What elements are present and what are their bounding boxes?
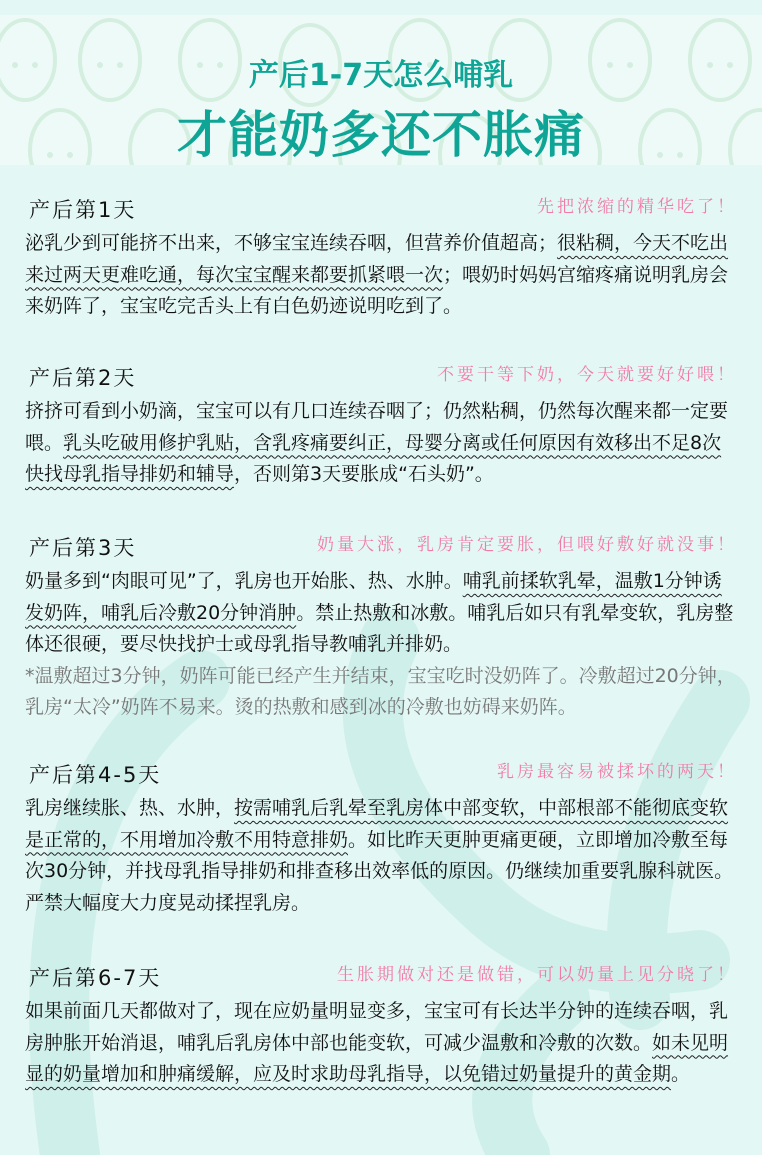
section-day-1: 产后第1天 先把浓缩的精华吃了！ 泌乳少到可能挤不出来，不够宝宝连续吞咽，但营养…: [25, 190, 737, 323]
section-note: *温敷超过3分钟，奶阵可能已经产生并结束，宝宝吃时没奶阵了。冷敷超过20分钟，乳…: [25, 661, 737, 724]
day-label: 产后第1天: [29, 194, 136, 224]
section-body: 如果前面几天都做对了，现在应奶量明显变多，宝宝可有长达半分钟的连续吞咽，乳房肿胀…: [25, 996, 737, 1091]
day-label: 产后第3天: [29, 532, 136, 562]
body-text: 乳房继续胀、热、水肿，: [25, 797, 234, 819]
header-banner: 产后1-7天怎么哺乳 才能奶多还不胀痛: [0, 15, 762, 165]
day-label: 产后第2天: [29, 362, 136, 392]
body-text: ，否则第3天要胀成“石头奶”。: [234, 463, 494, 485]
title-line-2: 才能奶多还不胀痛: [0, 95, 762, 165]
title-line-1: 产后1-7天怎么哺乳: [0, 50, 762, 94]
tagline: 奶量大涨，乳房肯定要胀，但喂好敷好就没事！: [317, 530, 737, 555]
section-day-4-5: 产后第4-5天 乳房最容易被揉坏的两天！ 乳房继续胀、热、水肿，按需哺乳后乳晕至…: [25, 755, 737, 919]
section-day-6-7: 产后第6-7天 生胀期做对还是做错，可以奶量上见分晓了！ 如果前面几天都做对了，…: [25, 958, 737, 1091]
section-body: 奶量多到“肉眼可见”了，乳房也开始胀、热、水肿。哺乳前揉软乳晕，温敷1分钟诱发奶…: [25, 566, 737, 661]
tagline: 生胀期做对还是做错，可以奶量上见分晓了！: [337, 960, 737, 985]
body-text: 奶量多到“肉眼可见”了，乳房也开始胀、热、水肿。: [25, 570, 463, 592]
section-day-2: 产后第2天 不要干等下奶，今天就要好好喂！ 挤挤可看到小奶滴，宝宝可以有几口连续…: [25, 358, 737, 491]
section-day-3: 产后第3天 奶量大涨，乳房肯定要胀，但喂好敷好就没事！ 奶量多到“肉眼可见”了，…: [25, 528, 737, 724]
body-text: 如果前面几天都做对了，现在应奶量明显变多，宝宝可有长达半分钟的连续吞咽，乳房肿胀…: [25, 1000, 728, 1054]
day-label: 产后第4-5天: [29, 759, 161, 789]
body-text: 泌乳少到可能挤不出来，不够宝宝连续吞咽，但营养价值超高；: [25, 232, 557, 254]
tagline: 不要干等下奶，今天就要好好喂！: [437, 360, 737, 385]
top-strip: [0, 0, 762, 15]
section-body: 挤挤可看到小奶滴，宝宝可以有几口连续吞咽了；仍然粘稠，仍然每次醒来都一定要喂。乳…: [25, 396, 737, 491]
tagline: 先把浓缩的精华吃了！: [537, 192, 737, 217]
body-text: 。: [671, 1063, 690, 1085]
section-body: 泌乳少到可能挤不出来，不够宝宝连续吞咽，但营养价值超高；很粘稠，今天不吃出来过两…: [25, 228, 737, 323]
tagline: 乳房最容易被揉坏的两天！: [497, 757, 737, 782]
section-body: 乳房继续胀、热、水肿，按需哺乳后乳晕至乳房体中部变软，中部根部不能彻底变软是正常…: [25, 793, 737, 919]
day-label: 产后第6-7天: [29, 962, 161, 992]
